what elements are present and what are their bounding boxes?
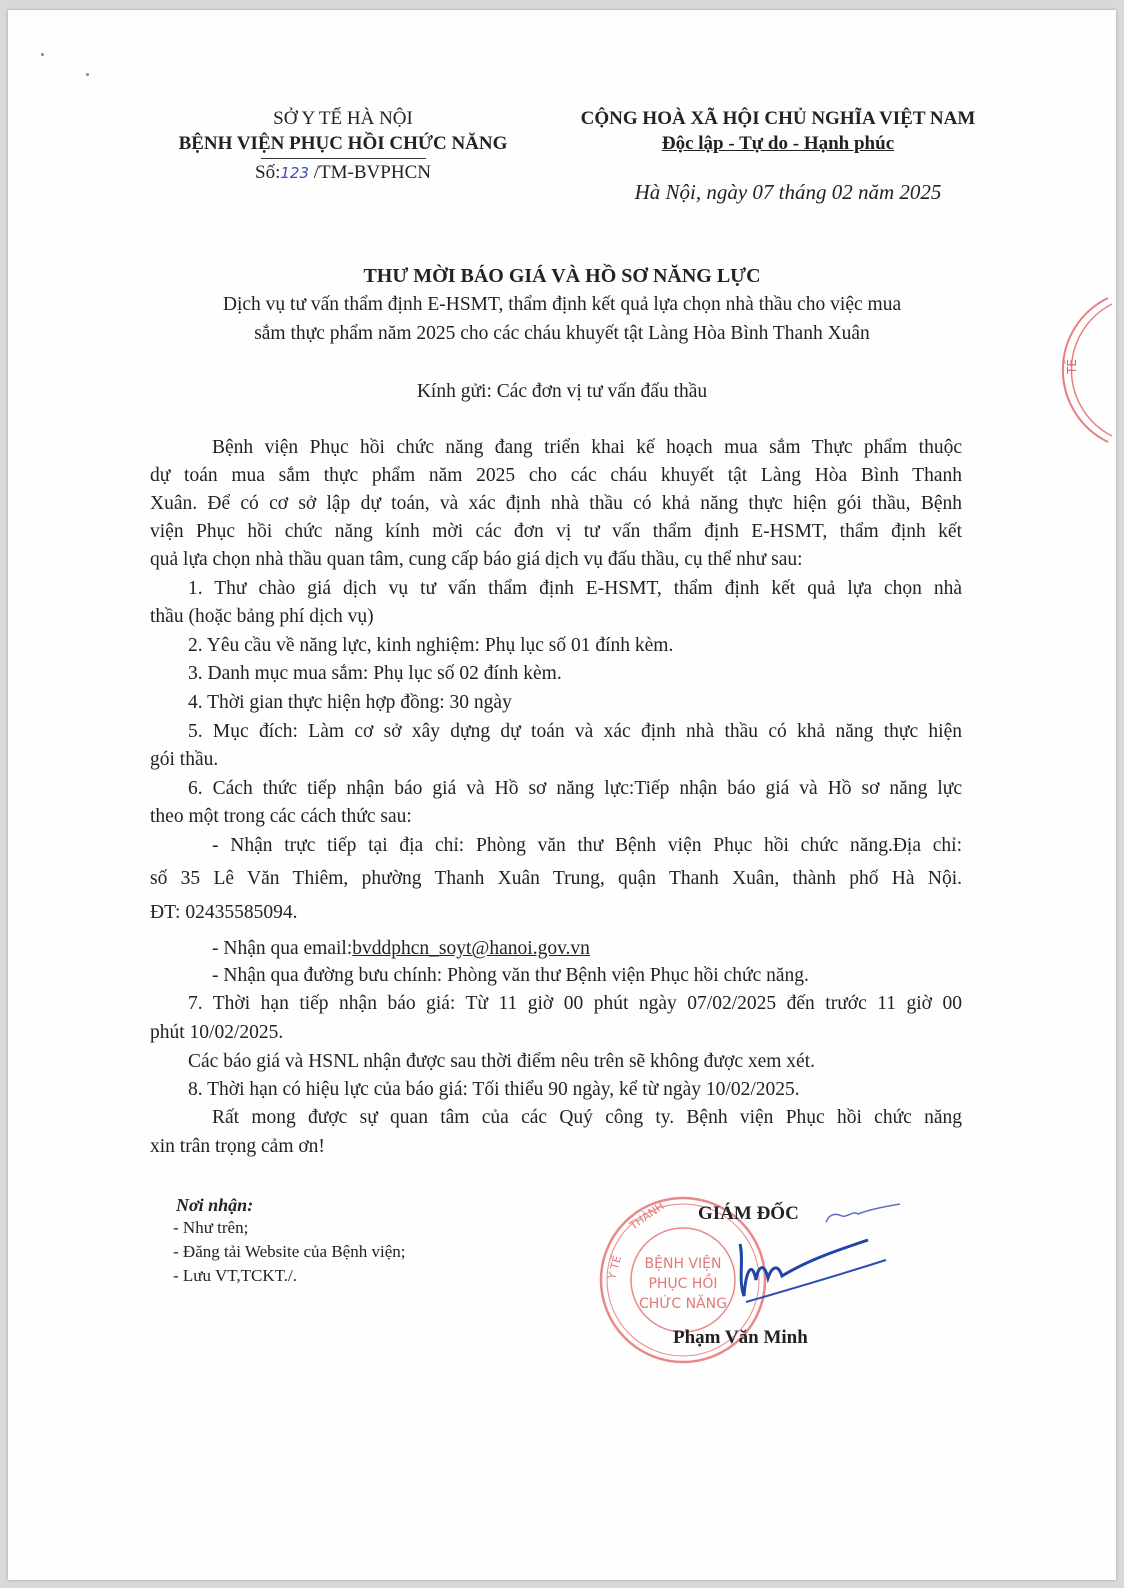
title-subtitle-line1: Dịch vụ tư vấn thẩm định E-HSMT, thẩm đị… [108,291,1016,319]
intro-line: Bệnh viện Phục hồi chức năng đang triển … [212,434,962,462]
recipients-heading: Nơi nhận: [176,1193,253,1217]
closing-line2: xin trân trọng cảm ơn! [150,1133,325,1161]
department-name: SỞ Y TẾ HÀ NỘI [153,106,533,131]
recipient-item: - Lưu VT,TCKT./. [173,1264,297,1288]
item-1-line2: thầu (hoặc bảng phí dịch vụ) [150,603,374,631]
document-title: THƯ MỜI BÁO GIÁ VÀ HỒ SƠ NĂNG LỰC [108,263,1016,289]
signer-name: Phạm Văn Minh [673,1326,808,1350]
document-number: Số:123 /TM-BVPHCN [153,160,533,186]
org-underline [261,158,426,159]
salutation: Kính gửi: Các đơn vị tư vấn đấu thầu [108,378,1016,406]
speck [41,53,44,56]
svg-text:Y TẾ: Y TẾ [604,1254,624,1282]
place-date: Hà Nội, ngày 07 tháng 02 năm 2025 [568,178,1008,206]
item-7-note: Các báo giá và HSNL nhận được sau thời đ… [188,1048,815,1076]
item-5-line2: gói thầu. [150,746,218,774]
intro-line: Xuân. Để có cơ sở lập dự toán, và xác đị… [150,490,962,518]
signature-icon [728,1200,908,1320]
intro-line: dự toán mua sắm thực phẩm năm 2025 cho c… [150,462,962,490]
stamp-line: CHỨC NĂNG [639,1294,727,1312]
item-6-phone: ĐT: 02435585094. [150,899,297,927]
recipient-item: - Như trên; [173,1216,248,1240]
item-7-line2: phút 10/02/2025. [150,1019,283,1047]
svg-text:TẾ: TẾ [1063,359,1079,375]
ref-prefix: Số: [255,162,280,183]
item-2: 2. Yêu cầu về năng lực, kinh nghiệm: Phụ… [188,632,673,660]
organization-name: BỆNH VIỆN PHỤC HỒI CHỨC NĂNG [153,131,533,156]
email-label: - Nhận qua email: [212,938,352,959]
item-6-direct-line2: số 35 Lê Văn Thiêm, phường Thanh Xuân Tr… [150,865,962,893]
item-3: 3. Danh mục mua sắm: Phụ lục số 02 đính … [188,660,562,688]
ref-number-handwritten: 123 [280,164,309,182]
ref-suffix: /TM-BVPHCN [309,162,431,183]
item-1-line1: 1. Thư chào giá dịch vụ tư vấn thẩm định… [188,575,962,603]
partial-stamp-icon: TẾ [1048,290,1116,450]
item-6-line2: theo một trong các cách thức sau: [150,803,412,831]
item-4: 4. Thời gian thực hiện hợp đồng: 30 ngày [188,689,512,717]
item-8: 8. Thời hạn có hiệu lực của báo giá: Tối… [188,1076,800,1104]
item-6-line1: 6. Cách thức tiếp nhận báo giá và Hồ sơ … [188,775,962,803]
email-link[interactable]: bvddphcn_soyt@hanoi.gov.vn [352,938,590,959]
speck [86,73,89,76]
nation-name: CỘNG HOÀ XÃ HỘI CHỦ NGHĨA VIỆT NAM [548,106,1008,131]
item-5-line1: 5. Mục đích: Làm cơ sở xây dựng dự toán … [188,718,962,746]
intro-line: quả lựa chọn nhà thầu quan tâm, cung cấp… [150,546,803,574]
closing-line1: Rất mong được sự quan tâm của các Quý cô… [212,1104,962,1132]
item-6-email-line: - Nhận qua email:bvddphcn_soyt@hanoi.gov… [212,935,590,963]
recipient-item: - Đăng tải Website của Bệnh viện; [173,1240,405,1264]
item-6-post: - Nhận qua đường bưu chính: Phòng văn th… [212,962,809,990]
stamp-line: BỆNH VIỆN [645,1254,722,1272]
national-motto: Độc lập - Tự do - Hạnh phúc [548,131,1008,156]
intro-line: viện Phục hồi chức năng kính mời các đơn… [150,518,962,546]
title-subtitle-line2: sắm thực phẩm năm 2025 cho các cháu khuy… [108,320,1016,348]
item-6-direct-line1: - Nhận trực tiếp tại địa chỉ: Phòng văn … [212,832,962,860]
document-page: SỞ Y TẾ HÀ NỘI BỆNH VIỆN PHỤC HỒI CHỨC N… [8,10,1116,1580]
item-7-line1: 7. Thời hạn tiếp nhận báo giá: Từ 11 giờ… [188,990,962,1018]
stamp-line: PHỤC HỒI [648,1273,717,1292]
